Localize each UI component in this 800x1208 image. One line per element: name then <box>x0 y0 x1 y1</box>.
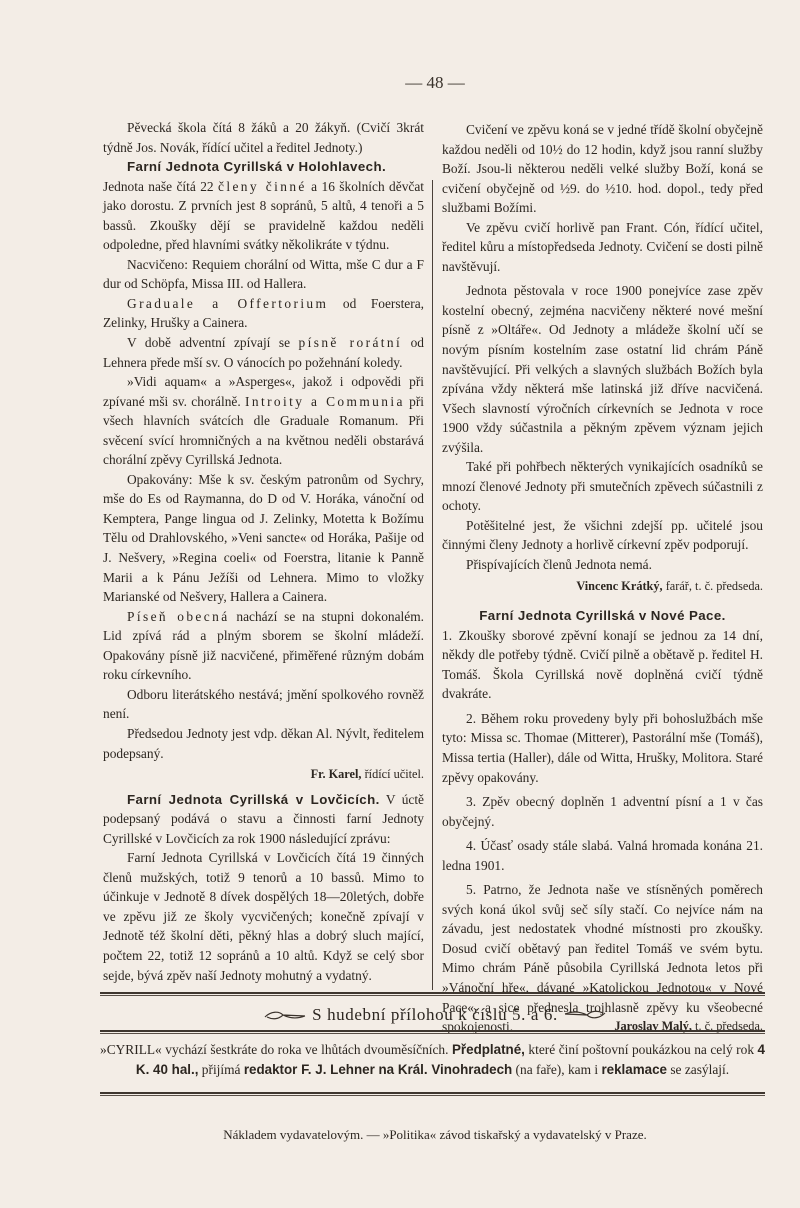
text: Jednota naše čítá 22 <box>103 179 218 194</box>
right-column: Cvičení ve zpěvu koná se v jedné třídě š… <box>442 120 763 1037</box>
horizontal-rule <box>100 1092 765 1096</box>
text: (na faře), kam i <box>512 1062 601 1077</box>
paragraph: Farní Jednota Cyrillská v Nové Pace. <box>442 606 763 626</box>
paragraph: Nacvičeno: Requiem chorální od Witta, mš… <box>103 255 424 294</box>
paragraph: Píseň obecná nachází se na stupni dokona… <box>103 607 424 685</box>
paragraph: Jednota pěstovala v roce 1900 ponejvíce … <box>442 281 763 457</box>
page-number: — 48 — <box>0 73 800 93</box>
spaced-text: Graduale a Offertorium <box>127 296 328 311</box>
signature-title: farář, t. č. předseda. <box>663 579 763 593</box>
paragraph: Potěšitelné jest, že všichni zdejší pp. … <box>442 516 763 555</box>
bold-text: redaktor F. J. Lehner na Král. Vinohrade… <box>244 1062 512 1077</box>
paragraph: Předsedou Jednoty jest vdp. děkan Al. Ný… <box>103 724 424 763</box>
signature-name: Fr. Karel, <box>311 767 362 781</box>
paragraph: V době adventní zpívají se písně rorátní… <box>103 333 424 372</box>
signature-title: řídící učitel. <box>362 767 425 781</box>
paragraph: Přispívajících členů Jednota nemá. <box>442 555 763 575</box>
imprint: Nákladem vydavatelovým. — »Politika« záv… <box>0 1127 800 1143</box>
section-heading: Farní Jednota Cyrillská v Lovčicích. <box>127 792 380 807</box>
paragraph: Cvičení ve zpěvu koná se v jedné třídě š… <box>442 120 763 218</box>
flourish-right-icon <box>563 1006 607 1026</box>
signature: Vincenc Krátký, farář, t. č. předseda. <box>442 577 763 597</box>
list-item: 1. Zkoušky sborové zpěvní konají se jedn… <box>442 626 763 704</box>
paragraph: Opakovány: Mše k sv. českým patronům od … <box>103 470 424 607</box>
spaced-text: písně rorátní <box>299 335 403 350</box>
list-item: 2. Během roku provedeny byly při bohoslu… <box>442 709 763 787</box>
spaced-text: Introity a Communia <box>245 394 405 409</box>
spaced-text: členy činné <box>218 179 307 194</box>
text: které činí poštovní poukázkou na celý ro… <box>525 1042 758 1057</box>
paragraph: »Vidi aquam« a »Asperges«, jakož i odpov… <box>103 372 424 470</box>
flourish-left-icon <box>263 1006 307 1026</box>
paragraph: Odboru literátského nestává; jmění spolk… <box>103 685 424 724</box>
paragraph: Graduale a Offertorium od Foerstera, Zel… <box>103 294 424 333</box>
list-item: 4. Účasť osady stále slabá. Valná hromad… <box>442 836 763 875</box>
signature-name: Vincenc Krátký, <box>576 579 662 593</box>
text: se zasýlají. <box>667 1062 729 1077</box>
paragraph: Farní Jednota Cyrillská v Holohlavech. <box>103 157 424 177</box>
signature: Fr. Karel, řídící učitel. <box>103 765 424 785</box>
column-divider <box>432 180 433 990</box>
text: V době adventní zpívají se <box>127 335 299 350</box>
paragraph: Farní Jednota Cyrillská v Lovčicích. V ú… <box>103 790 424 849</box>
subscription-notice: »CYRILL« vychází šestkráte do roka ve lh… <box>100 1040 765 1079</box>
left-column: Pěvecká škola čítá 8 žáků a 20 žákyň. (C… <box>103 118 424 985</box>
horizontal-rule <box>100 992 765 996</box>
paragraph: Farní Jednota Cyrillská v Lovčicích čítá… <box>103 848 424 985</box>
paragraph: Jednota naše čítá 22 členy činné a 16 šk… <box>103 177 424 255</box>
horizontal-rule <box>100 1030 765 1034</box>
spaced-text: Píseň obecná <box>127 609 230 624</box>
bold-text: reklamace <box>601 1062 667 1077</box>
text: přijímá <box>198 1062 243 1077</box>
paragraph: Ve zpěvu cvičí horlivě pan Frant. Cón, ř… <box>442 218 763 277</box>
banner-text: S hudební přílohou k číslu 5. a 6. <box>312 1005 558 1024</box>
paragraph: Pěvecká škola čítá 8 žáků a 20 žákyň. (C… <box>103 118 424 157</box>
paragraph: Také při pohřbech některých vynikajících… <box>442 457 763 516</box>
section-heading: Farní Jednota Cyrillská v Holohlavech. <box>127 159 386 174</box>
section-heading: Farní Jednota Cyrillská v Nové Pace. <box>442 606 763 626</box>
list-item: 3. Zpěv obecný doplněn 1 adventní písní … <box>442 792 763 831</box>
text: »CYRILL« vychází šestkráte do roka ve lh… <box>100 1042 452 1057</box>
supplement-banner: S hudební přílohou k číslu 5. a 6. <box>0 1005 800 1026</box>
bold-text: Předplatné, <box>452 1042 525 1057</box>
